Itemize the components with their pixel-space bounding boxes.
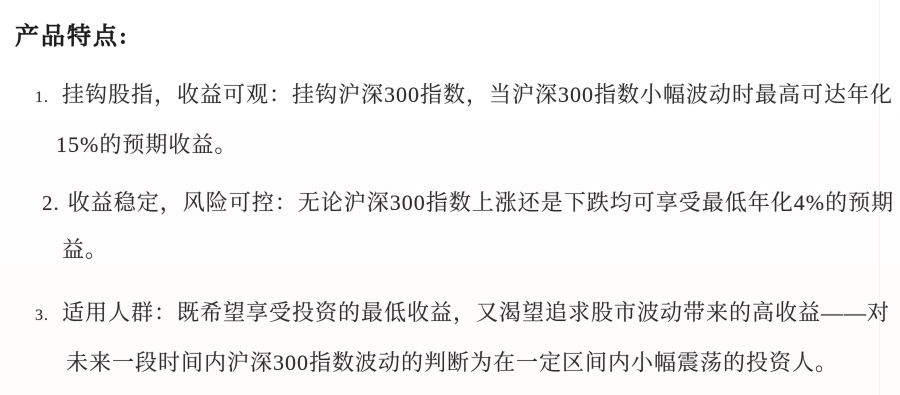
list-item-text: 收益稳定，风险可控：无论沪深300指数上涨还是下跌均可享受最低年化4%的预期 [68,190,894,215]
page-title: 产品特点: [15,16,129,51]
list-item-number: 3. [35,303,49,329]
list-item-text: 15%的预期收益。 [0,132,900,158]
list-item-line: 2.收益稳定，风险可控：无论沪深300指数上涨还是下跌均可享受最低年化4%的预期 [0,190,900,216]
list-item-line: 3.适用人群：既希望享受投资的最低收益，又渴望追求股市波动带来的高收益——对 [0,300,900,329]
list-item-text: 益。 [0,237,900,263]
list-item: 1.挂钩股指，收益可观：挂钩沪深300指数，当沪深300指数小幅波动时最高可达年… [0,82,900,158]
scan-artifact-line [879,0,880,395]
list-item-line: 1.挂钩股指，收益可观：挂钩沪深300指数，当沪深300指数小幅波动时最高可达年… [0,82,900,111]
list-item-text: 挂钩股指，收益可观：挂钩沪深300指数，当沪深300指数小幅波动时最高可达年化 [62,82,893,107]
list-item-number: 2. [42,190,60,216]
list-item-text: 适用人群：既希望享受投资的最低收益，又渴望追求股市波动带来的高收益——对 [62,300,890,325]
list-item-text: 未来一段时间内沪深300指数波动的判断为在一定区间内小幅震荡的投资人。 [0,350,900,376]
list-item: 2.收益稳定，风险可控：无论沪深300指数上涨还是下跌均可享受最低年化4%的预期… [0,190,900,263]
document-page: 产品特点: 1.挂钩股指，收益可观：挂钩沪深300指数，当沪深300指数小幅波动… [0,0,900,395]
list-item-number: 1. [35,85,49,111]
list-item: 3.适用人群：既希望享受投资的最低收益，又渴望追求股市波动带来的高收益——对 未… [0,300,900,376]
